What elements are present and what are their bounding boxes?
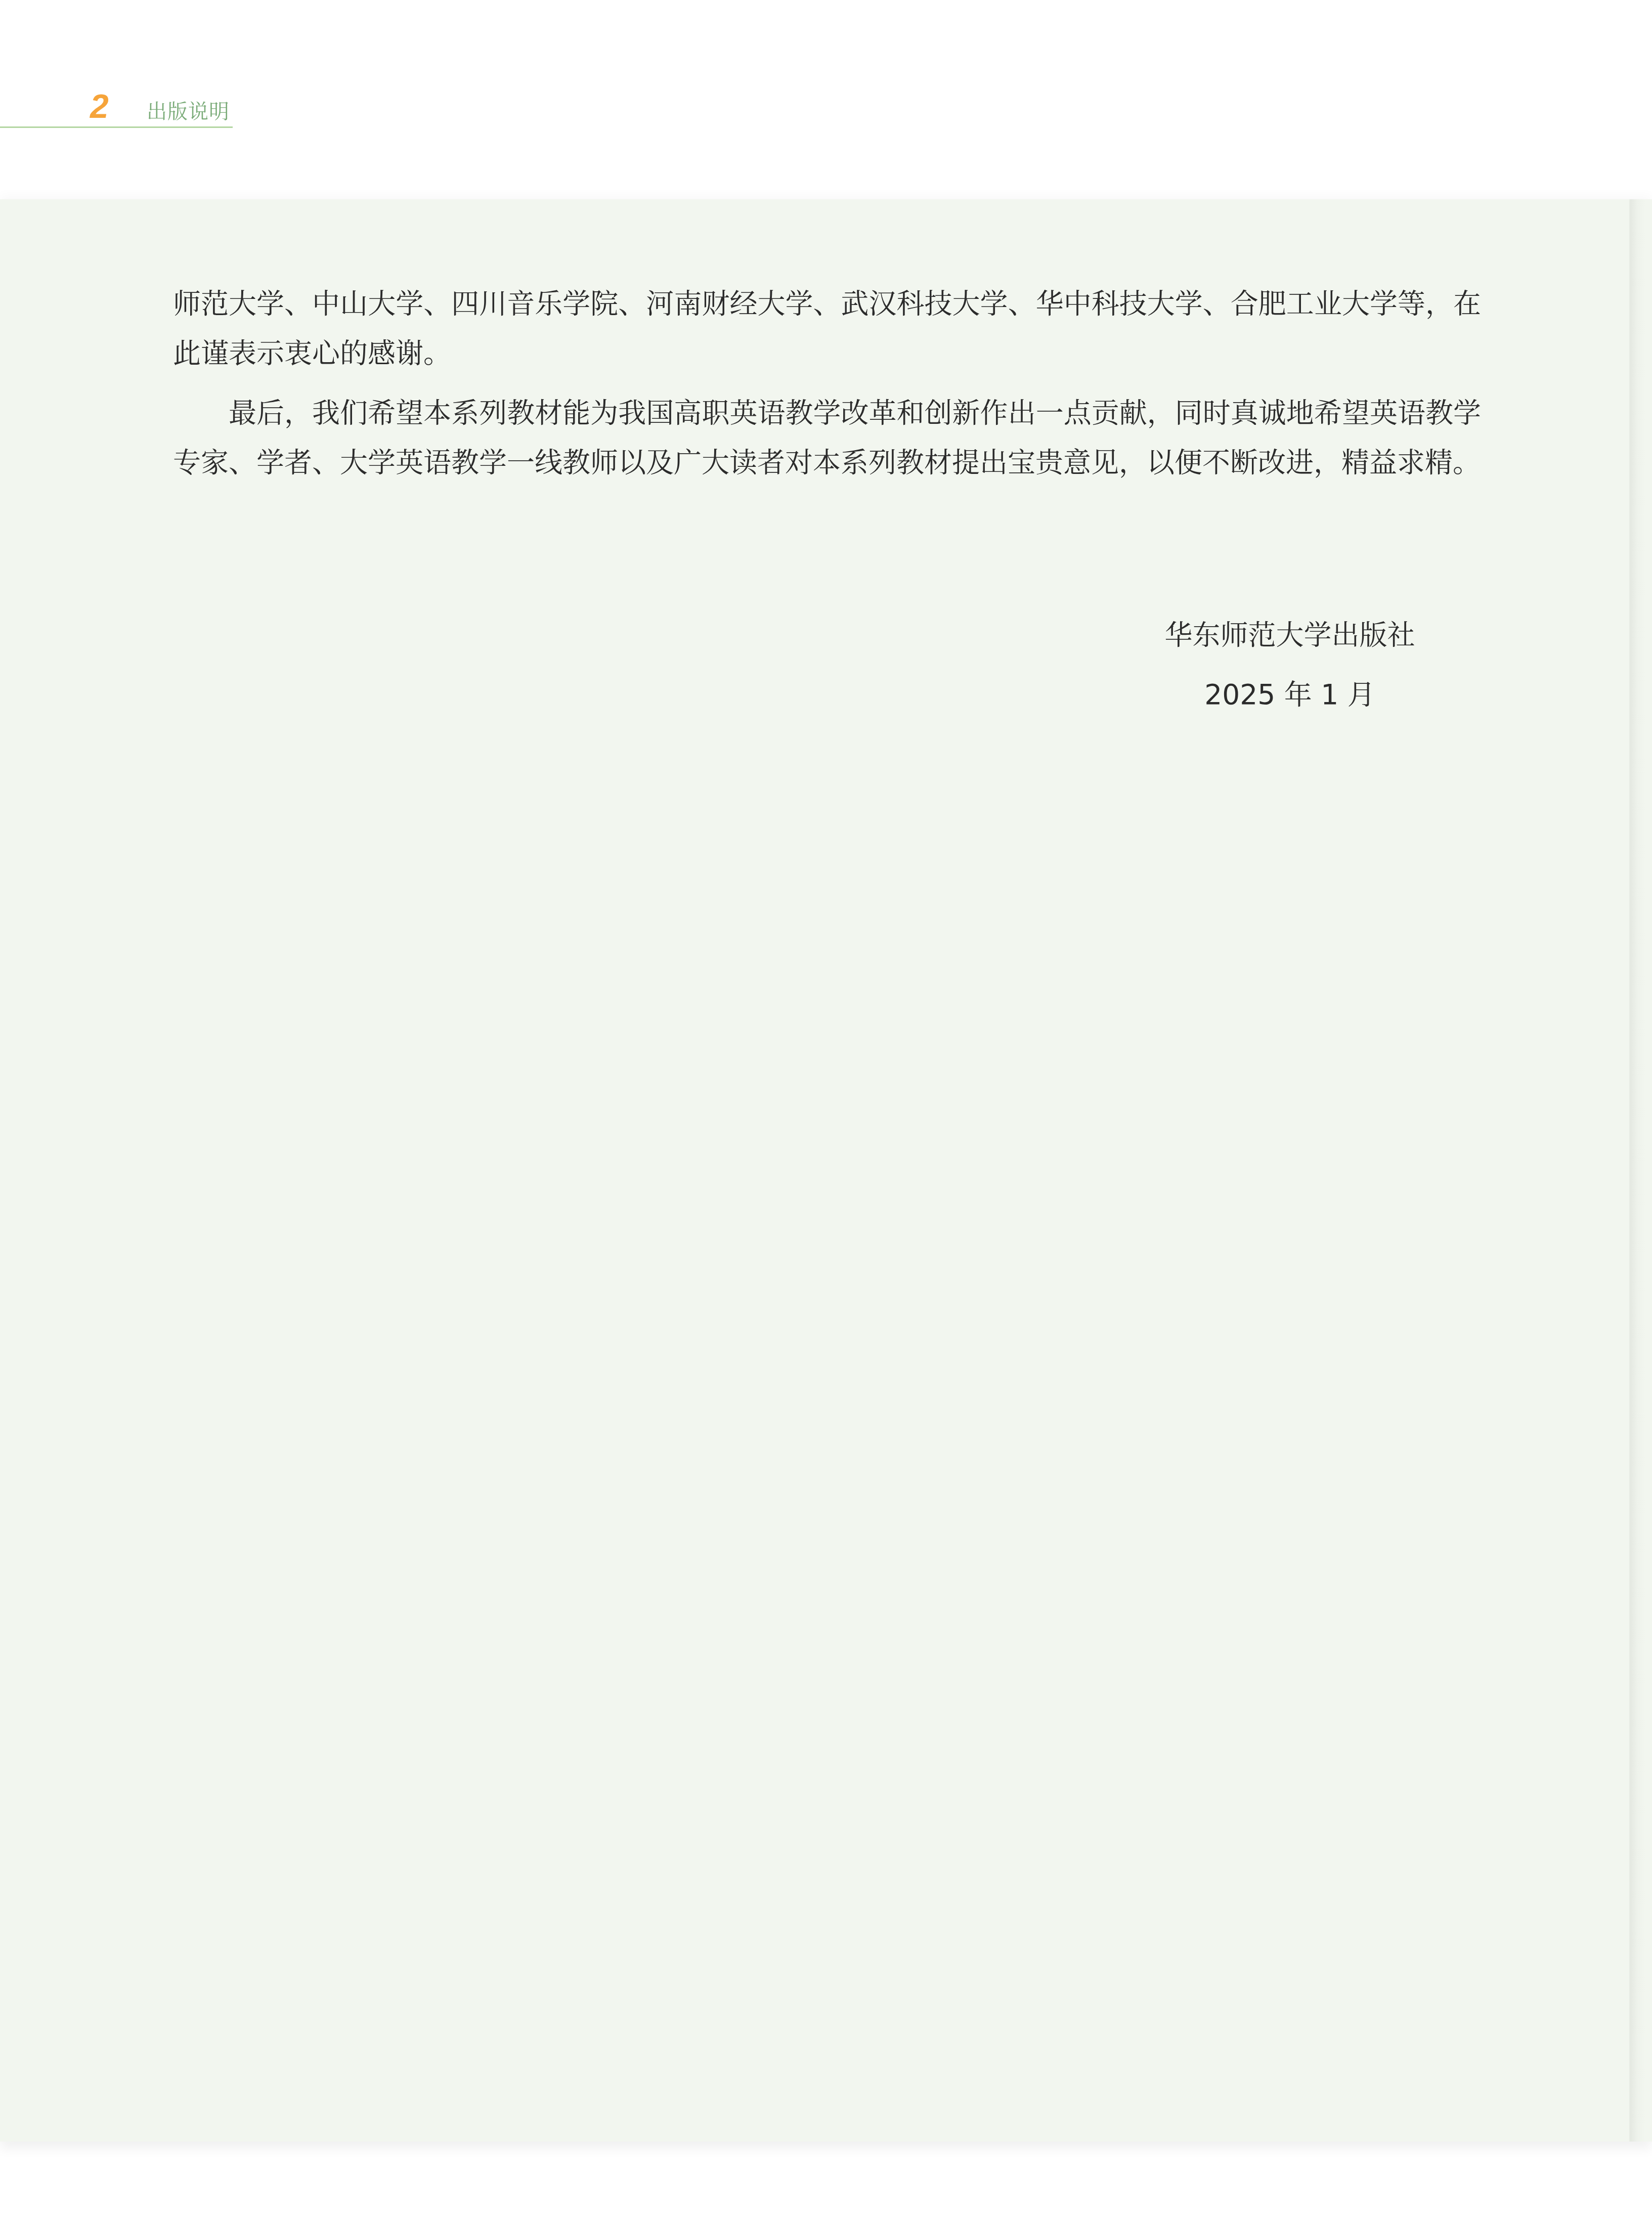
publisher-name: 华东师范大学出版社 [1138, 605, 1442, 665]
section-title: 出版说明 [147, 99, 230, 124]
header-rule [0, 126, 233, 128]
page-number: 2 [90, 86, 109, 126]
page-edge-shadow [1629, 199, 1652, 2142]
signature-date: 2025 年 1 月 [1138, 665, 1442, 724]
signature-block: 华东师范大学出版社 2025 年 1 月 [1138, 605, 1442, 724]
paragraph-closing: 最后，我们希望本系列教材能为我国高职英语教学改革和创新作出一点贡献，同时真诚地希… [173, 388, 1481, 487]
running-head: 2 出版说明 [0, 86, 233, 128]
paragraph-acknowledgement: 师范大学、中山大学、四川音乐学院、河南财经大学、武汉科技大学、华中科技大学、合肥… [173, 279, 1481, 378]
body-text: 师范大学、中山大学、四川音乐学院、河南财经大学、武汉科技大学、华中科技大学、合肥… [173, 279, 1481, 497]
